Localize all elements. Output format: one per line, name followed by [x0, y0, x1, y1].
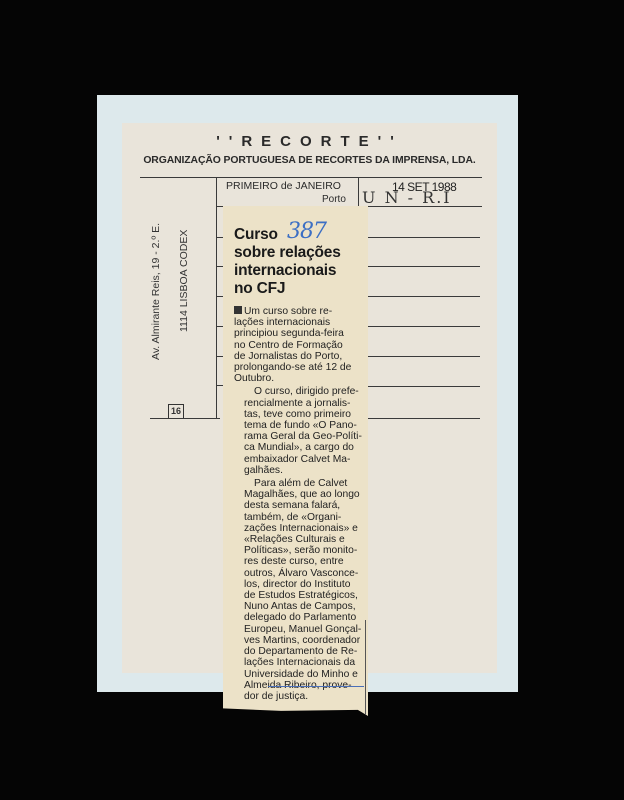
text-line: ca Mundial», a cargo do: [234, 442, 366, 453]
article-body: Um curso sobre re-lações internacionaisp…: [234, 306, 366, 702]
text-line: rama Geral da Geo-Políti-: [234, 431, 366, 442]
text-line: lações Internacionais da: [234, 657, 366, 668]
text-line: res deste curso, entre: [234, 556, 366, 567]
text-line: Magalhães, que ao longo: [234, 489, 366, 500]
text-line: desta semana falará,: [234, 500, 366, 511]
text-line: «Relações Culturais e: [234, 534, 366, 545]
text-line: outros, Álvaro Vasconce-: [234, 568, 366, 579]
form-rule: [365, 386, 480, 387]
page-number: 16: [168, 404, 184, 418]
text-line: prolongando-se até 12 de: [234, 362, 366, 373]
text-line: Nuno Antas de Campos,: [234, 601, 366, 612]
text-line: O curso, dirigido prefe-: [234, 386, 366, 397]
date-stamp: 14 SET 1988: [392, 180, 456, 194]
article-paragraph: Um curso sobre re-lações internacionaisp…: [234, 306, 366, 384]
form-rule: [365, 356, 480, 357]
text-line: dor de justiça.: [234, 691, 366, 702]
text-line: tas, teve como primeiro: [234, 409, 366, 420]
left-column-bottom-rule: [150, 418, 220, 419]
text-line: rencialmente a jornalis-: [234, 398, 366, 409]
form-rule: [365, 418, 480, 419]
stamp-divider: [358, 178, 359, 206]
text-line: embaixador Calvet Ma-: [234, 454, 366, 465]
form-subtitle: ORGANIZAÇÃO PORTUGUESA DE RECORTES DA IM…: [122, 155, 497, 166]
publication-name: PRIMEIRO de JANEIRO: [226, 180, 341, 192]
text-line: Outubro.: [234, 373, 366, 384]
text-line: também, de «Organi-: [234, 512, 366, 523]
address-block: Av. Almirante Reis, 19 - 2.º E. 1114 LIS…: [150, 210, 220, 385]
address-line: Av. Almirante Reis, 19 - 2.º E.: [150, 223, 162, 360]
text-line: Um curso sobre re-: [234, 306, 366, 317]
form-title: ''RECORTE'': [122, 133, 497, 150]
form-rule: [365, 237, 480, 238]
text-line: Políticas», serão monito-: [234, 545, 366, 556]
headline-line: no CFJ: [234, 280, 341, 298]
text-line: Para além de Calvet: [234, 478, 366, 489]
headline-line: sobre relações: [234, 244, 341, 262]
text-line: principiou segunda-feira: [234, 328, 366, 339]
text-line: lações internacionais: [234, 317, 366, 328]
bullet-square-icon: [234, 306, 242, 314]
text-line: de Estudos Estratégicos,: [234, 590, 366, 601]
header-rule: [140, 177, 482, 178]
address-line: 1114 LISBOA CODEX: [178, 230, 190, 332]
form-rule: [365, 296, 480, 297]
text-line: ves Martins, coordenador: [234, 635, 366, 646]
text-line: de Jornalistas do Porto,: [234, 351, 366, 362]
article-paragraph: Para além de CalvetMagalhães, que ao lon…: [234, 478, 366, 702]
handwritten-number: 387: [287, 219, 326, 244]
text-line: los, director do Instituto: [234, 579, 366, 590]
text-line: no Centro de Formação: [234, 340, 366, 351]
form-rule: [216, 385, 224, 386]
text-line: delegado do Parlamento: [234, 612, 366, 623]
form-rule: [365, 326, 480, 327]
text-line: Universidade do Minho e: [234, 669, 366, 680]
text-line: tema de fundo «O Pano-: [234, 420, 366, 431]
form-rule: [365, 266, 480, 267]
publication-city: Porto: [322, 194, 346, 205]
text-line: do Departamento de Re-: [234, 646, 366, 657]
headline-line: internacionais: [234, 262, 341, 280]
text-line: zações Internacionais» e: [234, 523, 366, 534]
text-line: galhães.: [234, 465, 366, 476]
article-paragraph: O curso, dirigido prefe-rencialmente a j…: [234, 386, 366, 476]
ink-strike: [268, 686, 364, 687]
text-line: Europeu, Manuel Gonçal-: [234, 624, 366, 635]
